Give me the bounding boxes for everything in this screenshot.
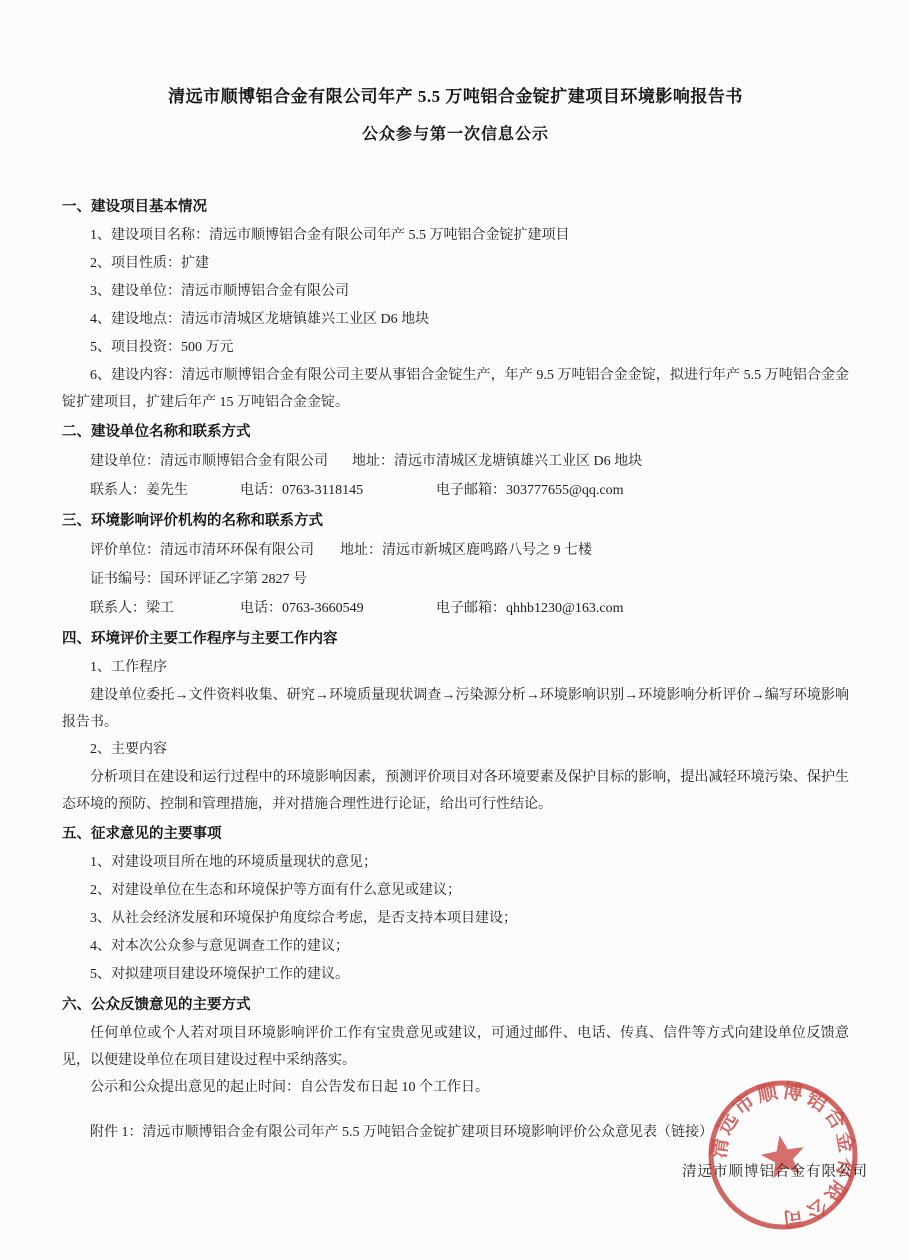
- work-procedure-paragraph: 建设单位委托→文件资料收集、研究→环境质量现状调查→污染源分析→环境影响识别→环…: [62, 682, 849, 736]
- section-5-heading: 五、征求意见的主要事项: [62, 820, 849, 849]
- section-5-item-1: 1、对建设项目所在地的环境质量现状的意见；: [62, 849, 849, 877]
- construction-unit-value: 建设单位：清远市顺博铝合金有限公司: [90, 447, 352, 476]
- evaluation-contact-email-value: 电子邮箱：qhhb1230@163.com: [436, 594, 624, 623]
- section-5-item-3: 3、从社会经济发展和环境保护角度综合考虑，是否支持本项目建设；: [62, 905, 849, 933]
- section-1-item-3: 3、建设单位：清远市顺博铝合金有限公司: [62, 278, 849, 306]
- section-3-contact-row-1: 评价单位：清远市清环环保有限公司 地址：清远市新城区鹿鸣路八号之 9 七楼: [62, 536, 849, 565]
- certificate-number-value: 证书编号：国环评证乙字第 2827 号: [90, 565, 307, 594]
- section-4-subheading-2: 2、主要内容: [62, 736, 849, 764]
- contact-person-value: 联系人：姜先生: [90, 476, 240, 505]
- section-3-contact-row-2: 证书编号：国环评证乙字第 2827 号: [62, 565, 849, 594]
- section-2-contact-row-2: 联系人：姜先生 电话：0763-3118145 电子邮箱：303777655@q…: [62, 476, 849, 505]
- section-3-heading: 三、环境影响评价机构的名称和联系方式: [62, 507, 849, 536]
- contact-phone-value: 电话：0763-3118145: [240, 476, 436, 505]
- evaluation-address-value: 地址：清远市新城区鹿鸣路八号之 9 七楼: [340, 536, 592, 565]
- section-4-heading: 四、环境评价主要工作程序与主要工作内容: [62, 625, 849, 654]
- evaluation-unit-value: 评价单位：清远市清环环保有限公司: [90, 536, 340, 565]
- section-1-heading: 一、建设项目基本情况: [62, 193, 849, 222]
- section-2-heading: 二、建设单位名称和联系方式: [62, 418, 849, 447]
- feedback-method-paragraph: 任何单位或个人若对项目环境影响评价工作有宝贵意见或建议，可通过邮件、电话、传真、…: [62, 1020, 849, 1074]
- main-content-paragraph: 分析项目在建设和运行过程中的环境影响因素，预测评价项目对各环境要素及保护目标的影…: [62, 764, 849, 818]
- evaluation-contact-person-value: 联系人：梁工: [90, 594, 240, 623]
- attachment-line: 附件 1：清远市顺博铝合金有限公司年产 5.5 万吨铝合金锭扩建项目环境影响评价…: [62, 1119, 849, 1146]
- section-4-subheading-1: 1、工作程序: [62, 654, 849, 682]
- section-1-item-5: 5、项目投资：500 万元: [62, 334, 849, 362]
- signature-company-name: 清远市顺博铝合金有限公司: [682, 1160, 868, 1184]
- document-title: 清远市顺博铝合金有限公司年产 5.5 万吨铝合金锭扩建项目环境影响报告书: [62, 84, 849, 110]
- section-6-heading: 六、公众反馈意见的主要方式: [62, 991, 849, 1020]
- section-5-item-5: 5、对拟建项目建设环境保护工作的建议。: [62, 961, 849, 989]
- document-subtitle: 公众参与第一次信息公示: [62, 123, 849, 147]
- contact-email-value: 电子邮箱：303777655@qq.com: [436, 476, 624, 505]
- section-5-item-4: 4、对本次公众参与意见调查工作的建议；: [62, 933, 849, 961]
- document-body: 清远市顺博铝合金有限公司年产 5.5 万吨铝合金锭扩建项目环境影响报告书 公众参…: [0, 0, 909, 1146]
- section-5-item-2: 2、对建设单位在生态和环境保护等方面有什么意见或建议；: [62, 877, 849, 905]
- section-1-item-2: 2、项目性质：扩建: [62, 250, 849, 278]
- feedback-period-paragraph: 公示和公众提出意见的起止时间：自公告发布日起 10 个工作日。: [62, 1074, 849, 1101]
- evaluation-contact-phone-value: 电话：0763-3660549: [240, 594, 436, 623]
- section-1-item-1: 1、建设项目名称：清远市顺博铝合金有限公司年产 5.5 万吨铝合金锭扩建项目: [62, 222, 849, 250]
- section-3-contact-row-3: 联系人：梁工 电话：0763-3660549 电子邮箱：qhhb1230@163…: [62, 594, 849, 623]
- document-page: 清远市顺博铝合金有限公司年产 5.5 万吨铝合金锭扩建项目环境影响报告书 公众参…: [0, 0, 909, 1260]
- construction-address-value: 地址：清远市清城区龙塘镇雄兴工业区 D6 地块: [352, 447, 642, 476]
- section-1-item-6-paragraph: 6、建设内容：清远市顺博铝合金有限公司主要从事铝合金锭生产，年产 9.5 万吨铝…: [62, 362, 849, 416]
- section-1-item-4: 4、建设地点：清远市清城区龙塘镇雄兴工业区 D6 地块: [62, 306, 849, 334]
- section-2-contact-row-1: 建设单位：清远市顺博铝合金有限公司 地址：清远市清城区龙塘镇雄兴工业区 D6 地…: [62, 447, 849, 476]
